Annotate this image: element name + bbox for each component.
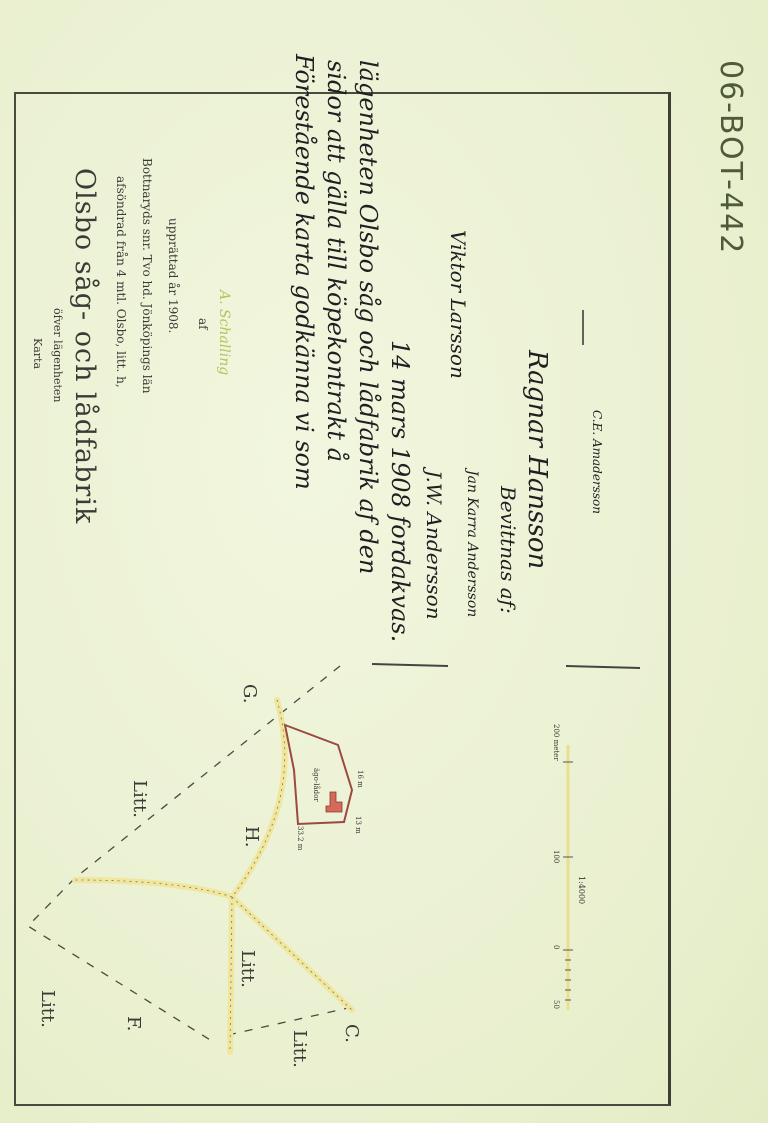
map-label-g: G.	[239, 684, 260, 703]
roads	[75, 700, 352, 1052]
property-boundaries	[28, 666, 360, 1043]
parcel-note-name: ägo-lådor	[312, 768, 320, 802]
scale-label: 1:4000	[577, 876, 586, 904]
rule-line	[566, 666, 640, 668]
road-edges	[75, 700, 352, 1052]
map-drawing	[0, 0, 768, 1123]
map-label-litt-2: Litt.	[37, 990, 58, 1028]
scale-tick-200: 200 meter	[552, 724, 560, 761]
map-label-litt-3: Litt.	[237, 950, 258, 988]
scale-tick-0: 0	[552, 945, 560, 949]
map-label-h: H.	[241, 826, 262, 847]
rule-line	[372, 664, 448, 666]
map-label-litt-1: Litt.	[129, 780, 150, 818]
map-label-f: F.	[123, 1016, 144, 1031]
map-label-c: C.	[341, 1024, 362, 1043]
scale-tick-100: 100	[552, 850, 560, 863]
map-label-litt-4: Litt.	[289, 1030, 310, 1068]
parcel-note-width: 33.2 m	[296, 826, 304, 850]
building-icon	[326, 792, 342, 812]
scale-tick-50: 50	[552, 1000, 560, 1009]
parcel-note-end: 13 m	[354, 816, 362, 834]
parcel-note-side: 16 m	[356, 770, 364, 788]
